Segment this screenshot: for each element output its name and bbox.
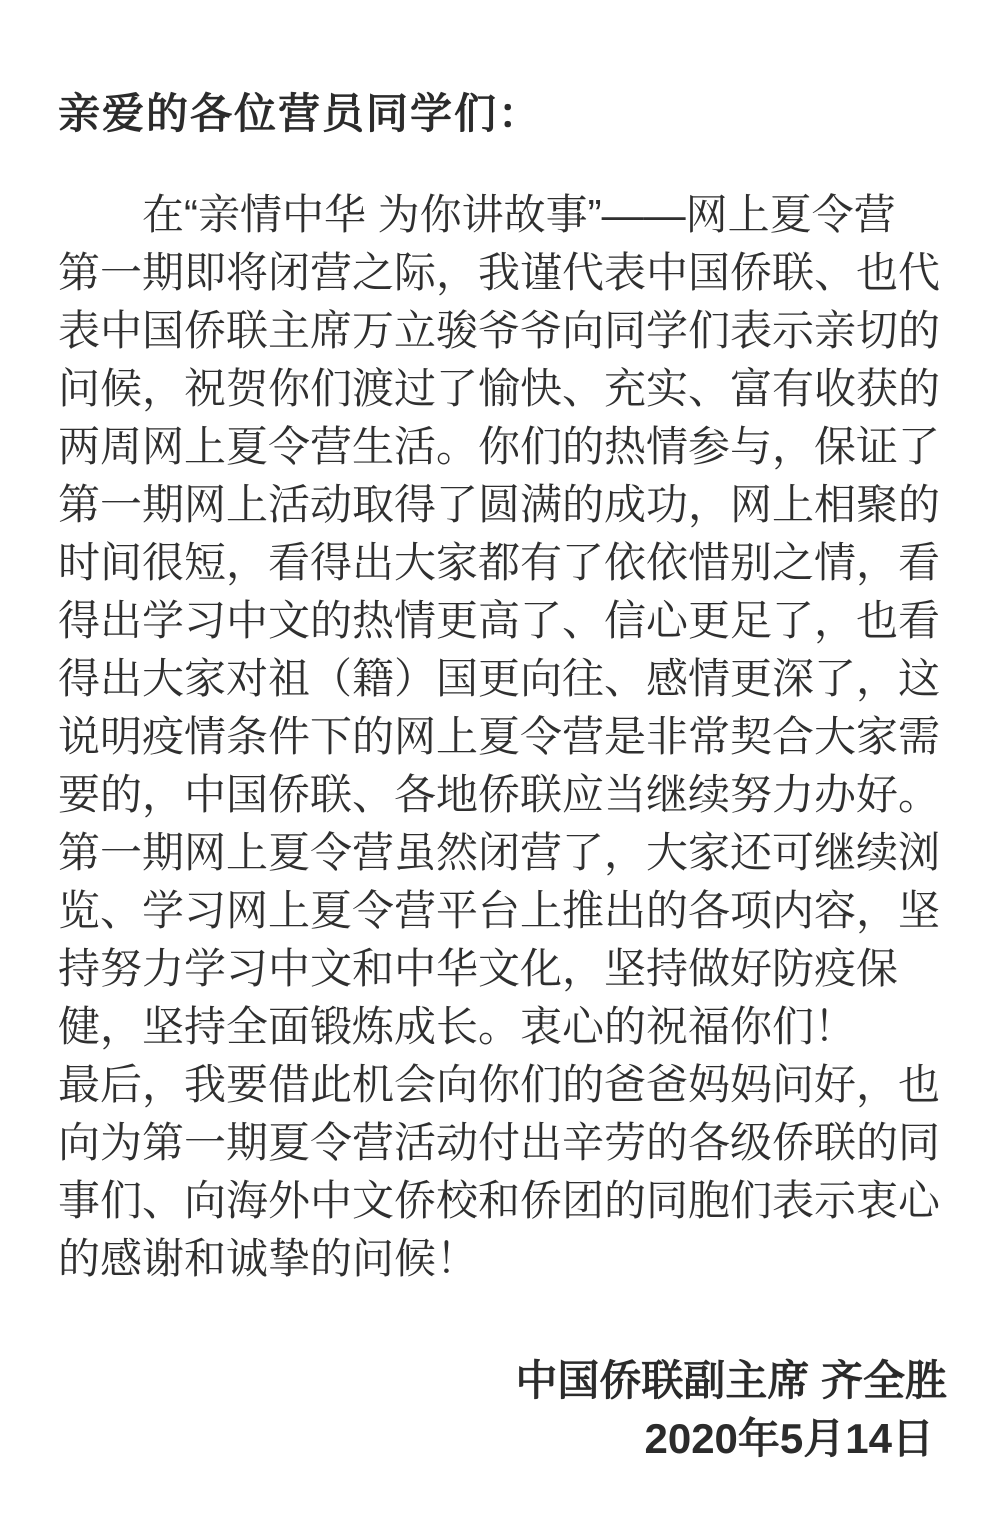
body-line: 得出学习中文的热情更高了、信心更足了，也看	[58, 592, 958, 650]
letter-body: 在“亲情中华 为你讲故事”——网上夏令营第一期即将闭营之际，我谨代表中国侨联、也…	[58, 186, 958, 1288]
body-line: 向为第一期夏令营活动付出辛劳的各级侨联的同	[58, 1114, 958, 1172]
body-line: 在“亲情中华 为你讲故事”——网上夏令营	[58, 186, 958, 244]
body-line: 览、学习网上夏令营平台上推出的各项内容，坚	[58, 882, 958, 940]
signature-name: 中国侨联副主席 齐全胜	[515, 1352, 947, 1410]
body-line: 得出大家对祖（籍）国更向往、感情更深了，这	[58, 650, 958, 708]
letter-page: 亲爱的各位营员同学们： 在“亲情中华 为你讲故事”——网上夏令营第一期即将闭营之…	[0, 0, 1000, 1530]
body-line: 事们、向海外中文侨校和侨团的同胞们表示衷心	[58, 1172, 958, 1230]
letter-salutation: 亲爱的各位营员同学们：	[58, 85, 542, 143]
body-line: 第一期即将闭营之际，我谨代表中国侨联、也代	[58, 244, 958, 302]
body-line: 表中国侨联主席万立骏爷爷向同学们表示亲切的	[58, 302, 958, 360]
body-line: 两周网上夏令营生活。你们的热情参与，保证了	[58, 418, 958, 476]
signature-block: 中国侨联副主席 齐全胜 2020年5月14日	[515, 1352, 947, 1468]
body-line: 最后，我要借此机会向你们的爸爸妈妈问好，也	[58, 1056, 958, 1114]
body-line: 持努力学习中文和中华文化，坚持做好防疫保	[58, 940, 958, 998]
body-line: 问候，祝贺你们渡过了愉快、充实、富有收获的	[58, 360, 958, 418]
body-line: 要的，中国侨联、各地侨联应当继续努力办好。	[58, 766, 958, 824]
body-line: 第一期网上夏令营虽然闭营了，大家还可继续浏	[58, 824, 958, 882]
body-line: 第一期网上活动取得了圆满的成功，网上相聚的	[58, 476, 958, 534]
body-line: 的感谢和诚挚的问候！	[58, 1230, 958, 1288]
signature-date: 2020年5月14日	[515, 1410, 947, 1468]
body-line: 说明疫情条件下的网上夏令营是非常契合大家需	[58, 708, 958, 766]
body-line: 健，坚持全面锻炼成长。衷心的祝福你们！	[58, 998, 958, 1056]
body-line: 时间很短，看得出大家都有了依依惜别之情，看	[58, 534, 958, 592]
